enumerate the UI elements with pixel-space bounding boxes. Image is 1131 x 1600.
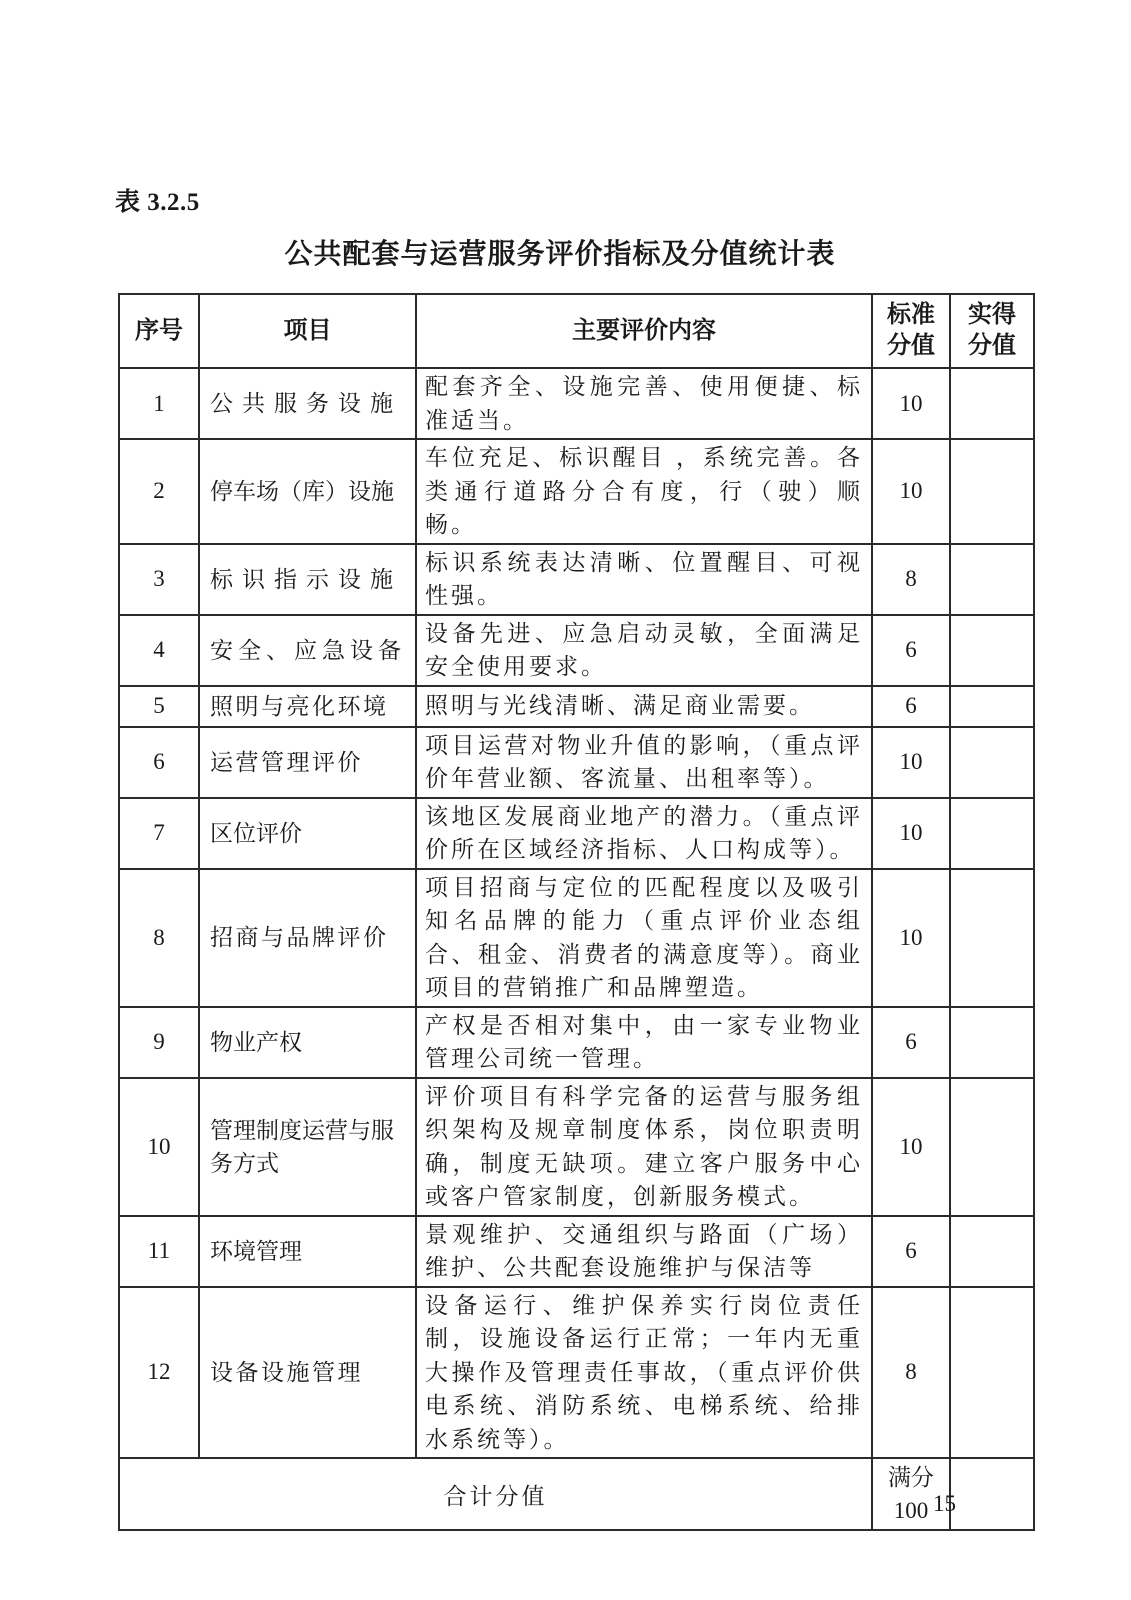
actual-score-cell — [950, 1078, 1034, 1216]
standard-score-cell: 6 — [872, 686, 950, 727]
table-row: 11环境管理景观维护、交通组织与路面（广场）维护、公共配套设施维护与保洁等6 — [119, 1216, 1034, 1287]
standard-score-cell: 6 — [872, 1007, 950, 1078]
serial-number-cell: 4 — [119, 615, 199, 686]
content-cell: 设备先进、应急启动灵敏，全面满足安全使用要求。 — [416, 615, 872, 686]
table-row: 4安全、应急设备设备先进、应急启动灵敏，全面满足安全使用要求。6 — [119, 615, 1034, 686]
content-cell: 配套齐全、设施完善、使用便捷、标准适当。 — [416, 368, 872, 439]
standard-score-cell: 10 — [872, 1078, 950, 1216]
serial-number-cell: 9 — [119, 1007, 199, 1078]
actual-score-cell — [950, 1216, 1034, 1287]
page-number: 15 — [933, 1491, 956, 1517]
actual-score-cell — [950, 615, 1034, 686]
content-cell: 标识系统表达清晰、位置醒目、可视性强。 — [416, 544, 872, 615]
content-cell: 项目招商与定位的匹配程度以及吸引知名品牌的能力（重点评价业态组合、租金、消费者的… — [416, 869, 872, 1007]
item-cell: 区位评价 — [199, 798, 416, 869]
table-row: 6运营管理评价项目运营对物业升值的影响，（重点评价年营业额、客流量、出租率等）。… — [119, 727, 1034, 798]
standard-score-cell: 8 — [872, 1287, 950, 1459]
table-row: 9物业产权产权是否相对集中，由一家专业物业管理公司统一管理。6 — [119, 1007, 1034, 1078]
serial-number-cell: 11 — [119, 1216, 199, 1287]
header-standard-score: 标准 分值 — [872, 294, 950, 368]
content-cell: 景观维护、交通组织与路面（广场）维护、公共配套设施维护与保洁等 — [416, 1216, 872, 1287]
table-row: 10管理制度运营与服务方式评价项目有科学完备的运营与服务组织架构及规章制度体系，… — [119, 1078, 1034, 1216]
item-cell: 照明与亮化环境 — [199, 686, 416, 727]
table-footer: 合计分值 满分 100 — [119, 1458, 1034, 1530]
item-cell: 标识指示设施 — [199, 544, 416, 615]
actual-score-cell — [950, 686, 1034, 727]
item-cell: 物业产权 — [199, 1007, 416, 1078]
standard-score-cell: 10 — [872, 368, 950, 439]
serial-number-cell: 2 — [119, 439, 199, 544]
evaluation-table: 序号 项目 主要评价内容 标准 分值 实得 分值 1公共服务设施配套齐全、设施完… — [118, 293, 1035, 1531]
item-cell: 招商与品牌评价 — [199, 869, 416, 1007]
standard-score-cell: 10 — [872, 727, 950, 798]
header-row: 序号 项目 主要评价内容 标准 分值 实得 分值 — [119, 294, 1034, 368]
serial-number-cell: 6 — [119, 727, 199, 798]
actual-score-cell — [950, 368, 1034, 439]
content-cell: 该地区发展商业地产的潜力。（重点评价所在区域经济指标、人口构成等）。 — [416, 798, 872, 869]
item-cell: 运营管理评价 — [199, 727, 416, 798]
table-row: 1公共服务设施配套齐全、设施完善、使用便捷、标准适当。10 — [119, 368, 1034, 439]
content-cell: 设备运行、维护保养实行岗位责任制，设施设备运行正常；一年内无重大操作及管理责任事… — [416, 1287, 872, 1459]
serial-number-cell: 12 — [119, 1287, 199, 1459]
serial-number-cell: 8 — [119, 869, 199, 1007]
header-item: 项目 — [199, 294, 416, 368]
serial-number-cell: 5 — [119, 686, 199, 727]
actual-score-cell — [950, 439, 1034, 544]
serial-number-cell: 10 — [119, 1078, 199, 1216]
header-serial-number: 序号 — [119, 294, 199, 368]
actual-score-cell — [950, 1007, 1034, 1078]
total-label-cell: 合计分值 — [119, 1458, 872, 1530]
item-cell: 安全、应急设备 — [199, 615, 416, 686]
actual-score-cell — [950, 1287, 1034, 1459]
standard-score-cell: 10 — [872, 798, 950, 869]
content-cell: 产权是否相对集中，由一家专业物业管理公司统一管理。 — [416, 1007, 872, 1078]
document-page: 表 3.2.5 公共配套与运营服务评价指标及分值统计表 序号 项目 主要评价内容… — [0, 0, 1131, 1600]
table-row: 7区位评价该地区发展商业地产的潜力。（重点评价所在区域经济指标、人口构成等）。1… — [119, 798, 1034, 869]
header-actual-score: 实得 分值 — [950, 294, 1034, 368]
total-row: 合计分值 满分 100 — [119, 1458, 1034, 1530]
total-actual-score-cell — [950, 1458, 1034, 1530]
standard-score-cell: 8 — [872, 544, 950, 615]
item-cell: 停车场（库）设施 — [199, 439, 416, 544]
item-cell: 管理制度运营与服务方式 — [199, 1078, 416, 1216]
table-body: 1公共服务设施配套齐全、设施完善、使用便捷、标准适当。102停车场（库）设施车位… — [119, 368, 1034, 1458]
content-cell: 照明与光线清晰、满足商业需要。 — [416, 686, 872, 727]
content-cell: 评价项目有科学完备的运营与服务组织架构及规章制度体系，岗位职责明确，制度无缺项。… — [416, 1078, 872, 1216]
content-cell: 车位充足、标识醒目 ，系统完善。各类通行道路分合有度，行（驶）顺畅。 — [416, 439, 872, 544]
standard-score-cell: 6 — [872, 1216, 950, 1287]
standard-score-cell: 10 — [872, 869, 950, 1007]
content-cell: 项目运营对物业升值的影响，（重点评价年营业额、客流量、出租率等）。 — [416, 727, 872, 798]
actual-score-cell — [950, 869, 1034, 1007]
standard-score-cell: 6 — [872, 615, 950, 686]
table-row: 5照明与亮化环境照明与光线清晰、满足商业需要。6 — [119, 686, 1034, 727]
table-header: 序号 项目 主要评价内容 标准 分值 实得 分值 — [119, 294, 1034, 368]
serial-number-cell: 1 — [119, 368, 199, 439]
serial-number-cell: 3 — [119, 544, 199, 615]
table-row: 12设备设施管理设备运行、维护保养实行岗位责任制，设施设备运行正常；一年内无重大… — [119, 1287, 1034, 1459]
actual-score-cell — [950, 727, 1034, 798]
standard-score-cell: 10 — [872, 439, 950, 544]
item-cell: 环境管理 — [199, 1216, 416, 1287]
table-row: 2停车场（库）设施车位充足、标识醒目 ，系统完善。各类通行道路分合有度，行（驶）… — [119, 439, 1034, 544]
item-cell: 公共服务设施 — [199, 368, 416, 439]
serial-number-cell: 7 — [119, 798, 199, 869]
table-number-label: 表 3.2.5 — [115, 182, 200, 218]
table-row: 3标识指示设施标识系统表达清晰、位置醒目、可视性强。8 — [119, 544, 1034, 615]
header-main-evaluation-content: 主要评价内容 — [416, 294, 872, 368]
table-row: 8招商与品牌评价项目招商与定位的匹配程度以及吸引知名品牌的能力（重点评价业态组合… — [119, 869, 1034, 1007]
table-title: 公共配套与运营服务评价指标及分值统计表 — [0, 232, 1120, 272]
item-cell: 设备设施管理 — [199, 1287, 416, 1459]
actual-score-cell — [950, 544, 1034, 615]
actual-score-cell — [950, 798, 1034, 869]
